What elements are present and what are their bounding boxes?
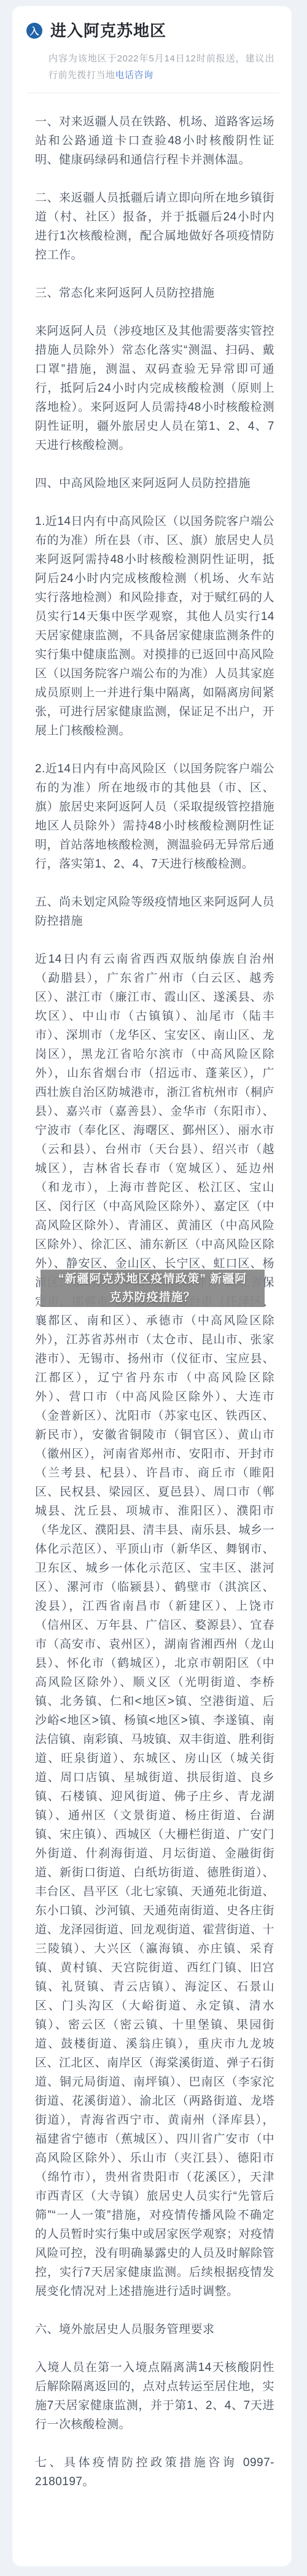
section-5-heading: 五、尚未划定风险等级疫情地区来阿返阿人员防控措施	[35, 893, 274, 931]
page-title: 进入阿克苏地区	[50, 21, 166, 41]
enter-icon-glyph: 入	[29, 25, 39, 37]
header-divider	[27, 93, 279, 93]
watermark-overlay: “新疆阿克苏地区疫情政策” 新疆阿 克苏防疫措施？	[41, 1270, 265, 1307]
section-5-region-list: 近14日内有云南省西西双版纳傣族自治州（勐腊县），广东省广州市（白云区、越秀区）…	[35, 950, 274, 2301]
section-3-heading: 三、常态化来阿返阿人员防控措施	[35, 284, 274, 303]
enter-icon: 入	[26, 23, 42, 39]
section-4-item-1: 1.近14日内有中高风险区（以国务院客户端公布的为准）所在县（市、区、旗）旅居史…	[35, 512, 274, 740]
policy-card: 入 进入阿克苏地区 内容为该地区于2022年5月14日12时前报送，建议出行前先…	[12, 6, 292, 2566]
section-6-heading: 六、境外旅居史人员服务管理要求	[35, 2320, 274, 2339]
report-note: 内容为该地区于2022年5月14日12时前报送，建议出行前先拨打当地电话咨询	[49, 50, 274, 83]
policy-content: 一、对来返疆人员在铁路、机场、道路客运场站和公路通道卡口查验48小时核酸阴性证明…	[12, 112, 292, 2516]
section-1-arrival-check: 一、对来返疆人员在铁路、机场、道路客运场站和公路通道卡口查验48小时核酸阴性证明…	[35, 112, 274, 169]
watermark-line-1: “新疆阿克苏地区疫情政策” 新疆阿	[41, 1270, 265, 1289]
section-6-body: 入境人员在第一入境点隔离满14天核酸阴性后解除隔离返回的，点对点转运至居住地，实…	[35, 2358, 274, 2434]
section-4-item-2: 2.近14日内有中高风险区（以国务院客户端公布的为准）所在地级市的其他县（市、区…	[35, 759, 274, 874]
card-header: 入 进入阿克苏地区	[12, 6, 292, 41]
section-7-phone: 七、具体疫情防控政策措施咨询 0997-2180197。	[35, 2453, 274, 2491]
section-4-heading: 四、中高风险地区来阿返阿人员防控措施	[35, 474, 274, 493]
page-background: 入 进入阿克苏地区 内容为该地区于2022年5月14日12时前报送，建议出行前先…	[0, 0, 307, 2576]
watermark-line-2: 克苏防疫措施？	[41, 1289, 265, 1307]
section-3-body: 来阿返阿人员（涉疫地区及其他需要落实管控措施人员除外）常态化落实“测温、扫码、戴…	[35, 322, 274, 455]
section-2-report-rule: 二、来返疆人员抵疆后请立即向所在地乡镇街道（村、社区）报备，并于抵疆后24小时内…	[35, 188, 274, 265]
report-note-text: 内容为该地区于2022年5月14日12时前报送，建议出行前先拨打当地	[49, 53, 274, 80]
phone-consult-link[interactable]: 电话咨询	[115, 70, 153, 80]
